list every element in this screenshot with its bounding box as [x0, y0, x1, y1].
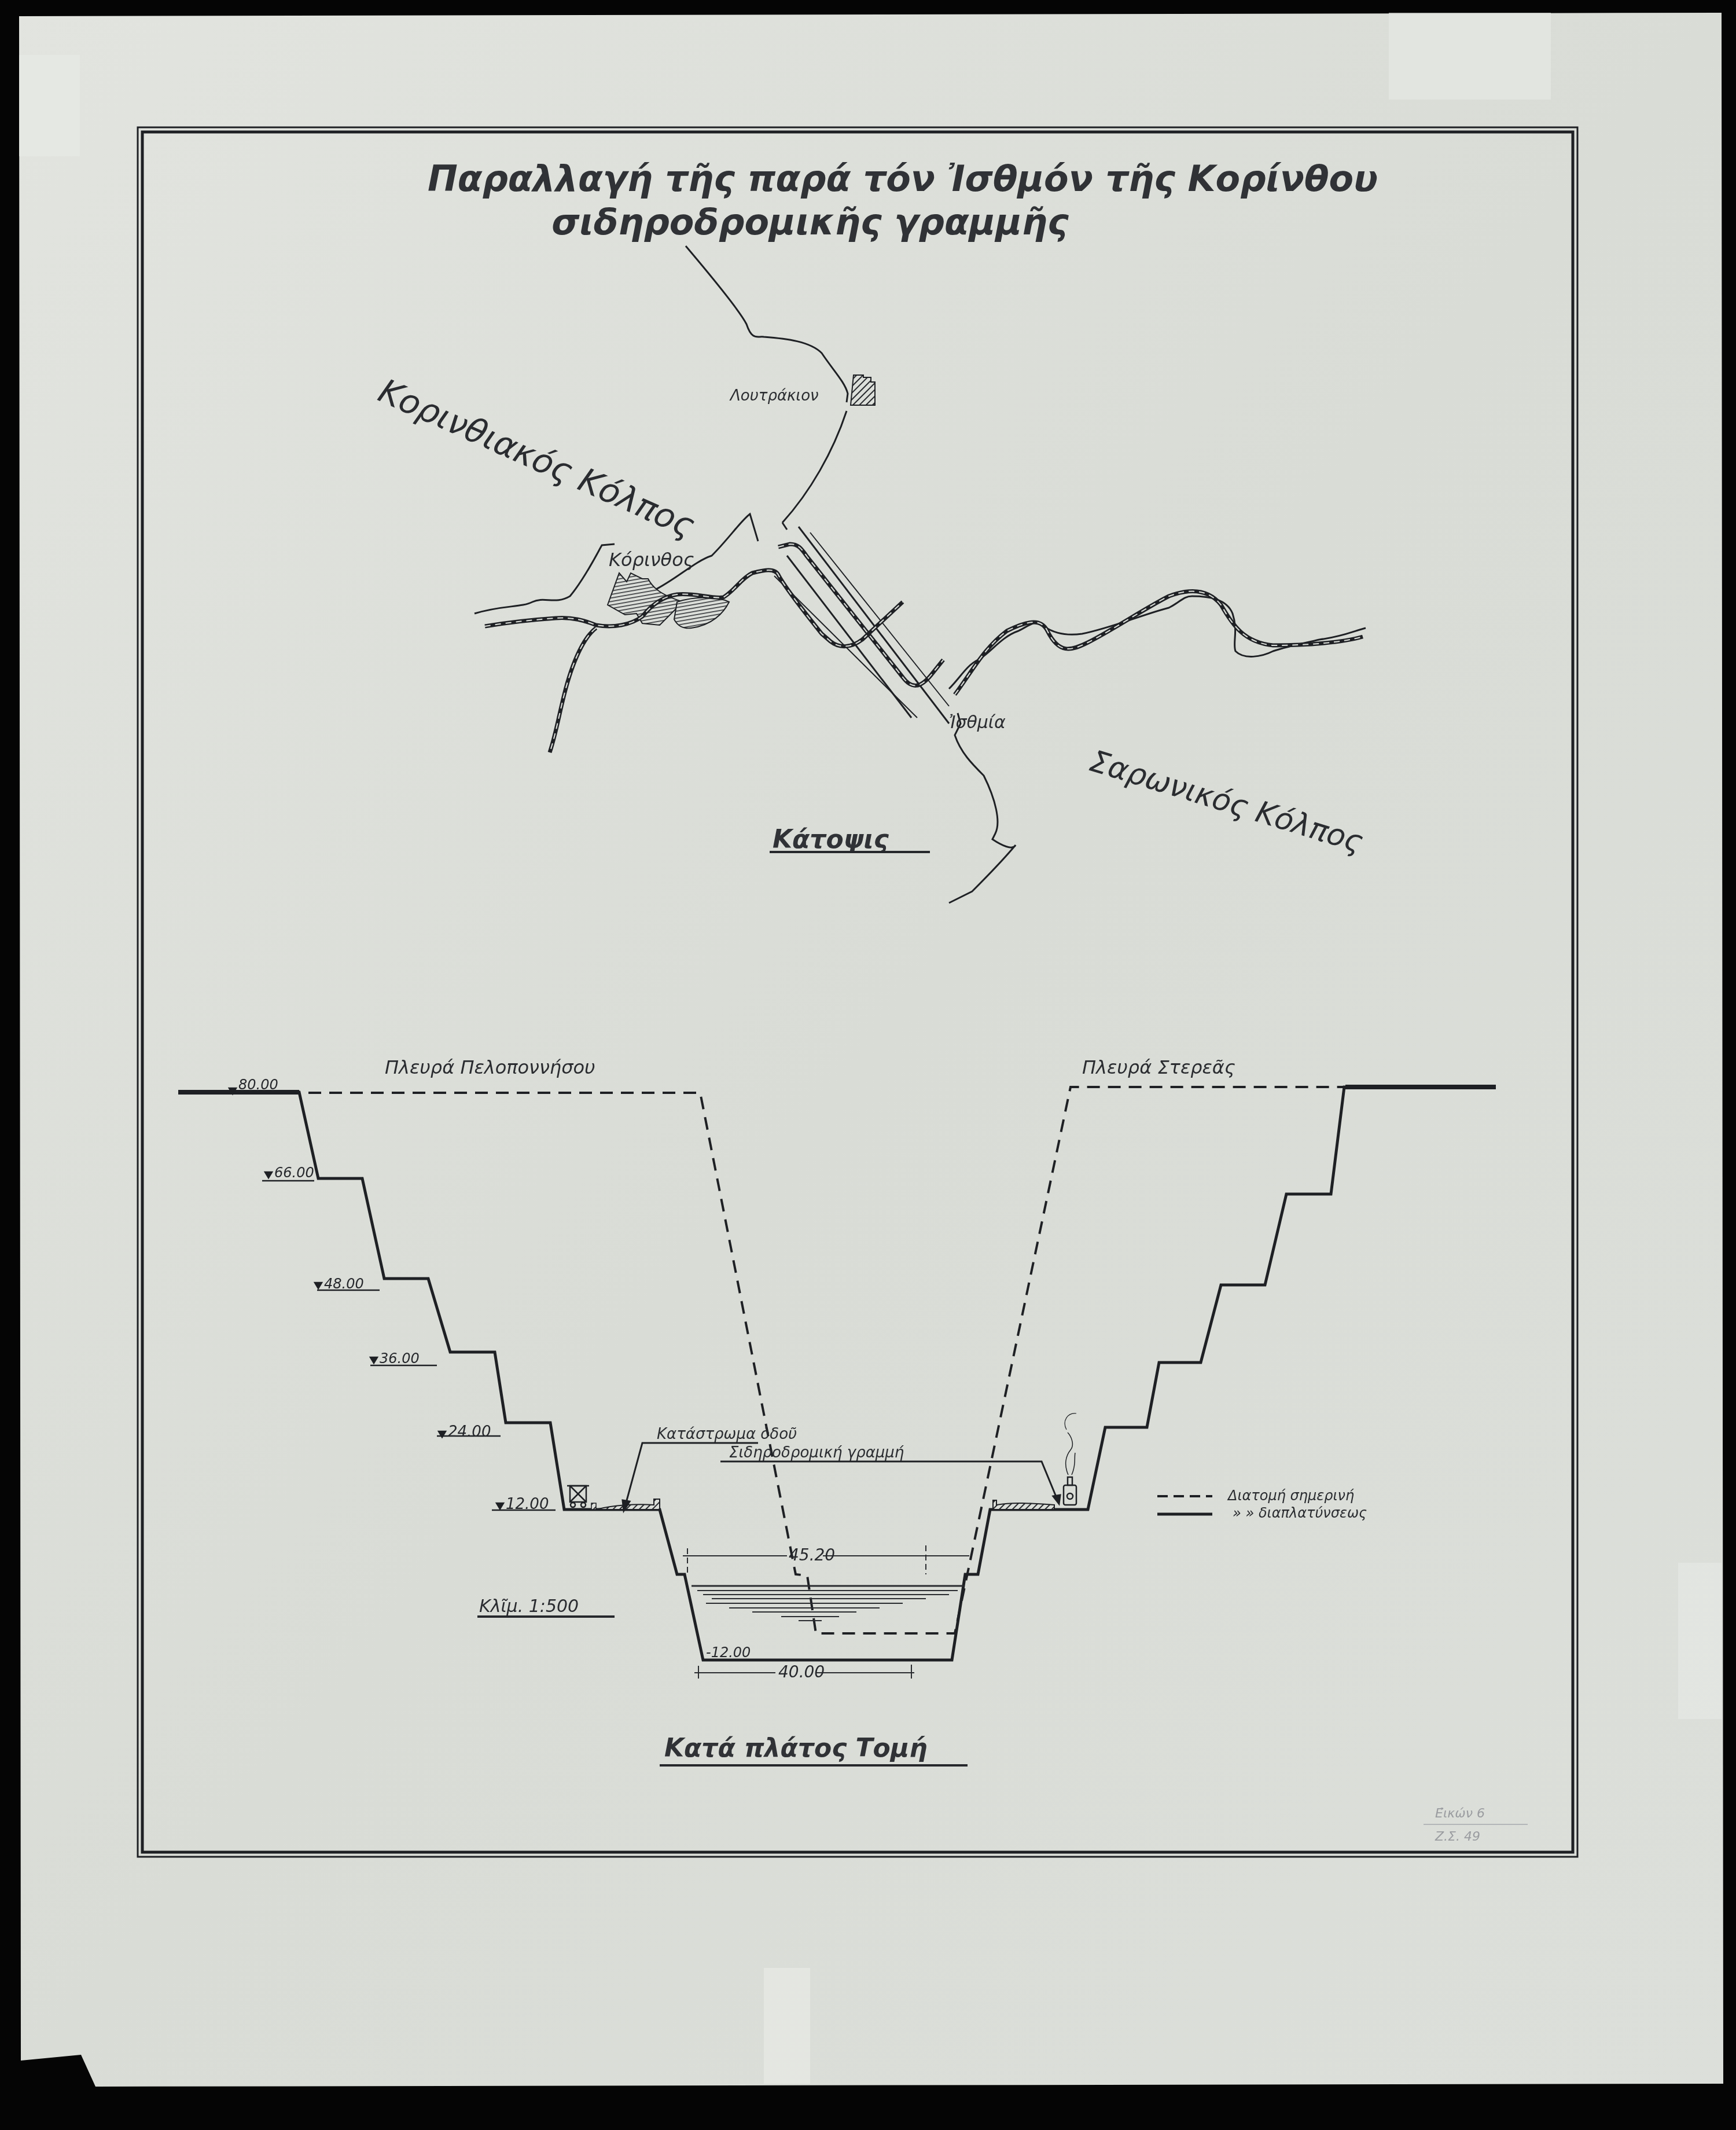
title-line-1: Παραλλαγή τῆς παρά τόν Ἰσθμόν τῆς Κορίνθ…: [428, 157, 1378, 200]
svg-text:Ε̉ικών 6: Ε̉ικών 6: [1435, 1806, 1485, 1821]
title-line-2: σιδηροδρομικῆς γραμμῆς: [551, 201, 1069, 243]
dimension-bottom-width: 40.00: [778, 1662, 825, 1681]
label-corinth: Κόρινθος: [609, 549, 694, 571]
elevation-36: 36.00: [380, 1350, 420, 1367]
tape-patch: [1678, 1563, 1722, 1719]
label-side-sterea: Πλευρά Στερεᾶς: [1082, 1056, 1235, 1078]
paper: [19, 13, 1723, 2087]
tape-patch: [19, 55, 80, 156]
label-loutraki: Λουτράκιον: [729, 387, 819, 405]
bottom-level: -12.00: [706, 1644, 751, 1661]
elevation-80: 80.00: [238, 1077, 278, 1093]
plan-caption: Κάτοψις: [773, 825, 889, 854]
drawing-sheet: Παραλλαγή τῆς παρά τόν Ἰσθμόν τῆς Κορίνθ…: [0, 0, 1736, 2130]
label-road-deck: Κατάστρωμα ὁδοῦ: [657, 1426, 797, 1443]
legend-label-widened: » » διαπλατύνσεως: [1233, 1505, 1367, 1521]
label-railway-line: Σιδηροδρομική γραμμή: [729, 1444, 904, 1461]
dimension-water-width: 45.20: [789, 1545, 835, 1565]
section-caption: Κατά πλάτος Τομή: [664, 1734, 927, 1763]
elevation-66: 66.00: [274, 1165, 314, 1181]
legend-label-existing: Διατομή σημερινή: [1227, 1488, 1354, 1504]
scale-label: Κλῖμ. 1:500: [479, 1596, 579, 1617]
tape-patch: [764, 1968, 810, 2084]
elevation-48: 48.00: [324, 1276, 364, 1292]
svg-text:Ζ.Σ. 49: Ζ.Σ. 49: [1435, 1830, 1480, 1844]
label-side-peloponnese: Πλευρά Πελοποννήσου: [385, 1056, 595, 1078]
tape-patch: [1389, 13, 1551, 100]
elevation-12: 12.00: [506, 1496, 549, 1513]
curb-left: [591, 1503, 596, 1510]
label-isthmia: Ἰσθμία: [949, 713, 1006, 733]
loutraki-town: [851, 375, 875, 405]
elevation-24: 24.00: [448, 1423, 491, 1441]
